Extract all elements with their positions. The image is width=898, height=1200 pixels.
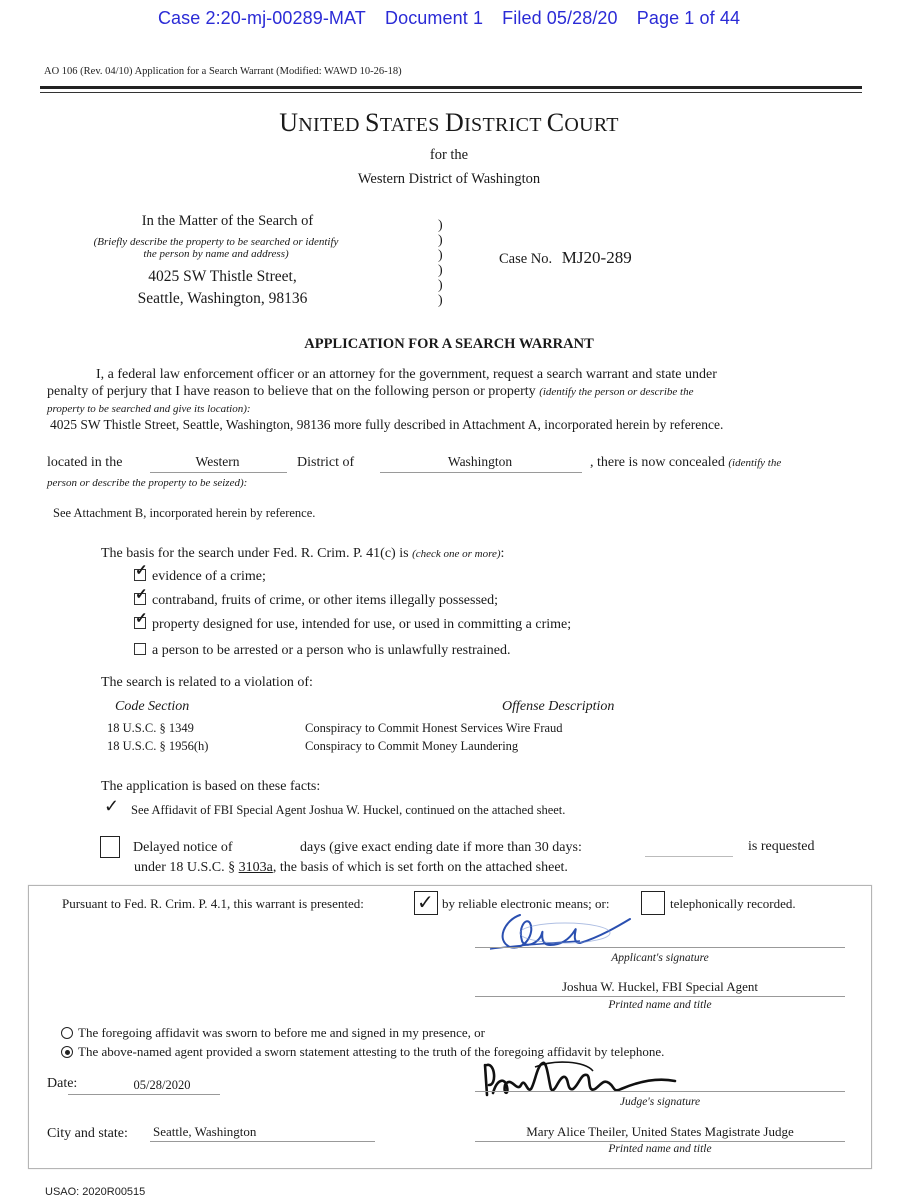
delayed-notice-b: days (give exact ending date if more tha… — [300, 840, 582, 856]
basis-item-label: evidence of a crime; — [152, 569, 266, 584]
matter-address: 4025 SW Thistle Street, Seattle, Washing… — [110, 266, 335, 310]
stamp-page: Page 1 of 44 — [637, 8, 740, 28]
applicant-signature-caption: Applicant's signature — [475, 952, 845, 964]
property-description: 4025 SW Thistle Street, Seattle, Washing… — [50, 417, 723, 433]
basis-item-label: property designed for use, intended for … — [152, 617, 571, 632]
basis-item-label: a person to be arrested or a person who … — [152, 643, 510, 658]
presentation-text: Pursuant to Fed. R. Crim. P. 4.1, this w… — [62, 896, 364, 912]
seized-instruction: person or describe the property to be se… — [47, 477, 247, 489]
code-section-header: Code Section — [115, 699, 189, 715]
address-line-2: Seattle, Washington, 98136 — [110, 288, 335, 310]
district-of-label: District of — [297, 455, 354, 471]
judge-signature — [475, 1055, 695, 1100]
checked-checkbox[interactable]: ✓ — [134, 617, 146, 629]
located-in-label: located in the — [47, 455, 122, 471]
court-district: Western District of Washington — [0, 171, 898, 188]
offense-description-cell: Conspiracy to Commit Honest Services Wir… — [305, 721, 563, 736]
basis-heading: The basis for the search under Fed. R. C… — [101, 546, 504, 562]
intro-line-1: I, a federal law enforcement officer or … — [96, 367, 717, 383]
applicant-printed-name: Joshua W. Huckel, FBI Special Agent — [475, 979, 845, 995]
judge-printed-caption: Printed name and title — [475, 1143, 845, 1155]
check-icon: ✓ — [417, 890, 434, 915]
date-field[interactable]: 05/28/2020 — [108, 1078, 216, 1093]
state-field[interactable]: Washington — [380, 454, 580, 470]
header-rule-thin — [40, 92, 862, 93]
header-rule — [40, 86, 862, 89]
stamp-filed: Filed 05/28/20 — [502, 8, 617, 28]
applicant-signature-line — [475, 947, 845, 948]
unchecked-checkbox[interactable] — [134, 643, 146, 655]
stamp-case: Case 2:20-mj-00289-MAT — [158, 8, 366, 28]
check-icon: ✓ — [135, 561, 148, 580]
for-the: for the — [0, 147, 898, 164]
state-field-line — [380, 472, 582, 473]
sworn-in-person-radio[interactable] — [61, 1027, 73, 1039]
delayed-notice-a: Delayed notice of — [133, 840, 233, 856]
basis-item-label: contraband, fruits of crime, or other it… — [152, 593, 498, 608]
affidavit-reference: See Affidavit of FBI Special Agent Joshu… — [131, 803, 565, 818]
address-line-1: 4025 SW Thistle Street, — [110, 266, 335, 288]
telephonic-label: telephonically recorded. — [670, 896, 796, 912]
applicant-printed-caption: Printed name and title — [475, 999, 845, 1011]
usao-number: USAO: 2020R00515 — [45, 1186, 145, 1198]
telephonic-checkbox[interactable] — [641, 891, 665, 915]
code-section-cell: 18 U.S.C. § 1349 — [107, 721, 194, 736]
electronic-means-checkbox[interactable]: ✓ — [414, 891, 438, 915]
basis-item: ✓contraband, fruits of crime, or other i… — [134, 591, 498, 609]
basis-item: a person to be arrested or a person who … — [134, 641, 510, 659]
city-state-label: City and state: — [47, 1126, 128, 1142]
code-section-cell: 18 U.S.C. § 1956(h) — [107, 739, 208, 754]
city-state-line — [150, 1141, 375, 1142]
city-state-field[interactable]: Seattle, Washington — [153, 1124, 256, 1140]
judge-signature-caption: Judge's signature — [475, 1096, 845, 1108]
intro-line-3: property to be searched and give its loc… — [47, 403, 251, 415]
affidavit-check-icon: ✓ — [104, 796, 119, 817]
check-icon: ✓ — [135, 609, 148, 628]
district-field[interactable]: Western — [150, 454, 285, 470]
matter-instruction: (Briefly describe the property to be sea… — [86, 236, 346, 260]
date-label: Date: — [47, 1076, 77, 1092]
filing-stamp: Case 2:20-mj-00289-MAT Document 1 Filed … — [0, 8, 898, 29]
caption-parens: ) ) ) ) ) ) — [438, 218, 443, 308]
delayed-notice-line2: under 18 U.S.C. § 3103a, the basis of wh… — [134, 860, 568, 876]
violation-heading: The search is related to a violation of: — [101, 675, 313, 691]
form-id: AO 106 (Rev. 04/10) Application for a Se… — [44, 66, 402, 77]
matter-heading: In the Matter of the Search of — [115, 213, 340, 230]
stamp-document: Document 1 — [385, 8, 483, 28]
intro-line-2: penalty of perjury that I have reason to… — [47, 384, 693, 400]
offense-description-cell: Conspiracy to Commit Money Laundering — [305, 739, 518, 754]
applicant-name-line — [475, 996, 845, 997]
delayed-notice-c: is requested — [748, 839, 814, 855]
facts-heading: The application is based on these facts: — [101, 779, 320, 795]
judge-printed-name: Mary Alice Theiler, United States Magist… — [475, 1124, 845, 1140]
check-icon: ✓ — [135, 585, 148, 604]
delayed-notice-checkbox[interactable] — [100, 836, 120, 858]
basis-item: ✓evidence of a crime; — [134, 567, 266, 585]
district-field-line — [150, 472, 287, 473]
judge-name-line — [475, 1141, 845, 1142]
court-name: UNITED STATES DISTRICT COURT — [0, 108, 898, 138]
case-no-value: MJ20-289 — [562, 248, 632, 267]
judge-signature-line — [475, 1091, 845, 1092]
application-title: APPLICATION FOR A SEARCH WARRANT — [0, 336, 898, 353]
offense-description-header: Offense Description — [502, 699, 614, 715]
sworn-by-telephone-radio[interactable] — [61, 1046, 73, 1058]
concealed-label: , there is now concealed (identify the — [590, 455, 781, 471]
basis-item: ✓property designed for use, intended for… — [134, 615, 571, 633]
sworn-in-person-label: The foregoing affidavit was sworn to bef… — [78, 1025, 485, 1041]
case-number: Case No. MJ20-289 — [499, 248, 632, 268]
checked-checkbox[interactable]: ✓ — [134, 593, 146, 605]
statute-link[interactable]: 3103a — [239, 860, 273, 875]
case-no-label: Case No. — [499, 251, 552, 267]
date-line — [68, 1094, 220, 1095]
checked-checkbox[interactable]: ✓ — [134, 569, 146, 581]
seized-description: See Attachment B, incorporated herein by… — [53, 506, 315, 521]
delayed-date-field[interactable] — [645, 856, 733, 857]
